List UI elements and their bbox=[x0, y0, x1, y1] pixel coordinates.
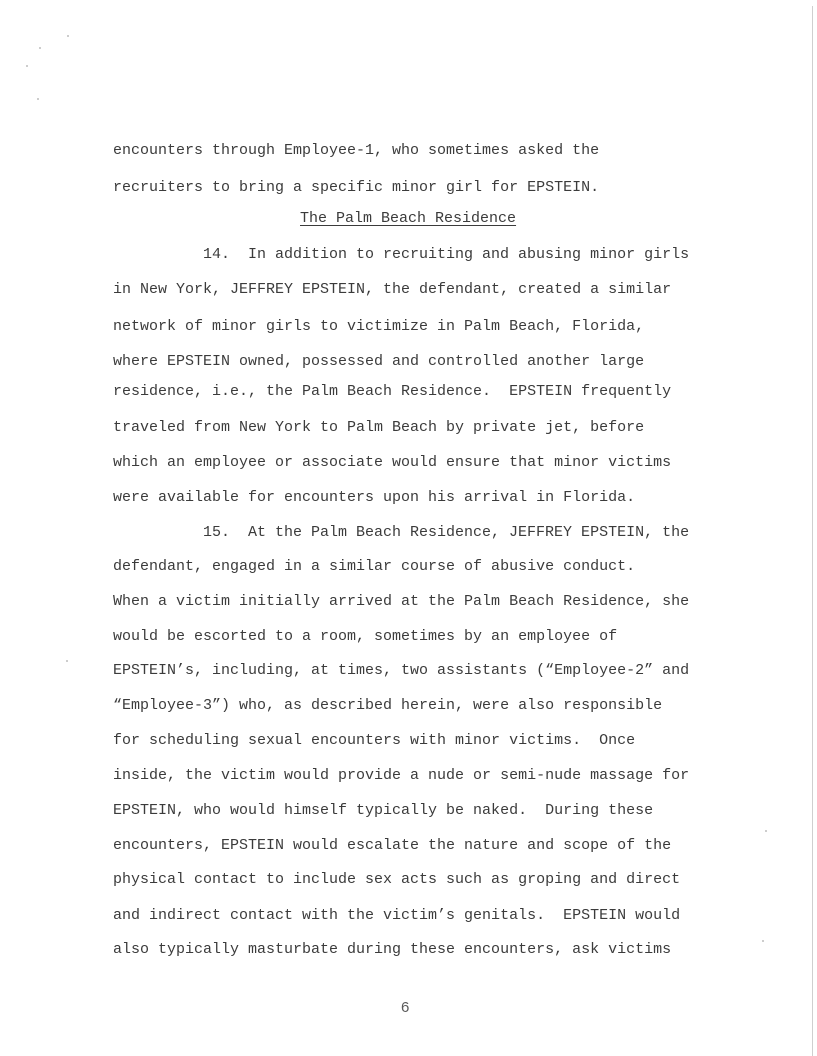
body-text-line: recruiters to bring a specific minor gir… bbox=[113, 179, 599, 197]
body-text-line: traveled from New York to Palm Beach by … bbox=[113, 419, 644, 437]
body-text-line: defendant, engaged in a similar course o… bbox=[113, 558, 635, 576]
body-text-line: physical contact to include sex acts suc… bbox=[113, 871, 680, 889]
body-text-line: encounters through Employee-1, who somet… bbox=[113, 142, 599, 160]
body-text-line: also typically masturbate during these e… bbox=[113, 941, 671, 959]
page-number: 6 bbox=[401, 999, 409, 1016]
body-text-line: in New York, JEFFREY EPSTEIN, the defend… bbox=[113, 281, 671, 299]
body-text-line: where EPSTEIN owned, possessed and contr… bbox=[113, 353, 644, 371]
section-heading: The Palm Beach Residence bbox=[300, 210, 516, 228]
body-text-line: encounters, EPSTEIN would escalate the n… bbox=[113, 837, 671, 855]
body-text-line: EPSTEIN, who would himself typically be … bbox=[113, 802, 653, 820]
scan-speck bbox=[26, 65, 28, 67]
body-text-line: network of minor girls to victimize in P… bbox=[113, 318, 644, 336]
body-text-line: and indirect contact with the victim’s g… bbox=[113, 907, 680, 925]
scan-speck bbox=[765, 830, 767, 832]
paragraph-14-first-line: 14. In addition to recruiting and abusin… bbox=[203, 246, 689, 264]
body-text-line: which an employee or associate would ens… bbox=[113, 454, 671, 472]
body-text-line: inside, the victim would provide a nude … bbox=[113, 767, 689, 785]
scan-speck bbox=[37, 98, 39, 100]
scan-speck bbox=[39, 47, 41, 49]
scan-speck bbox=[66, 660, 68, 662]
scan-speck bbox=[67, 35, 69, 37]
body-text-line: residence, i.e., the Palm Beach Residenc… bbox=[113, 383, 671, 401]
body-text-line: When a victim initially arrived at the P… bbox=[113, 593, 689, 611]
page-edge-line bbox=[812, 6, 813, 1056]
body-text-line: were available for encounters upon his a… bbox=[113, 489, 635, 507]
body-text-line: would be escorted to a room, sometimes b… bbox=[113, 628, 617, 646]
body-text-line: for scheduling sexual encounters with mi… bbox=[113, 732, 635, 750]
paragraph-15-first-line: 15. At the Palm Beach Residence, JEFFREY… bbox=[203, 524, 689, 542]
body-text-line: EPSTEIN’s, including, at times, two assi… bbox=[113, 662, 689, 680]
body-text-line: “Employee-3”) who, as described herein, … bbox=[113, 697, 662, 715]
scan-speck bbox=[762, 940, 764, 942]
document-page: encounters through Employee-1, who somet… bbox=[0, 0, 817, 1056]
